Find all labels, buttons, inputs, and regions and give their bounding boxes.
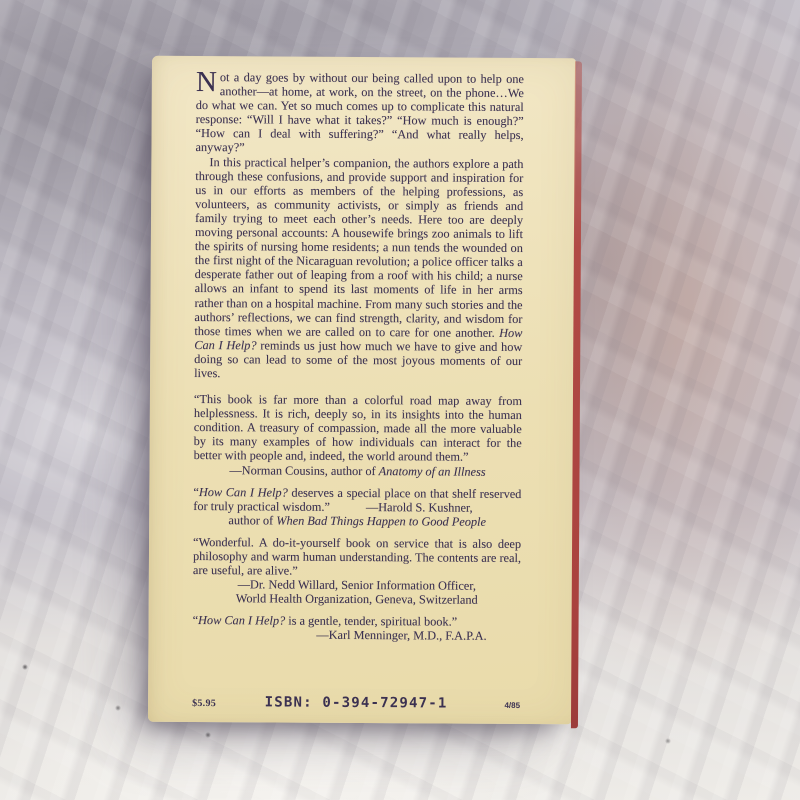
description-paragraph-1-text: ot a day goes by without our being calle… bbox=[195, 70, 524, 155]
review-quote-cousins: “This book is far more than a colorful r… bbox=[193, 392, 522, 479]
description-paragraph-2-text: In this practical helper’s companion, th… bbox=[194, 155, 523, 340]
book-title-italic: How Can I Help? bbox=[198, 613, 285, 628]
review-quote-rest: is a gentle, tender, spiritual book.” bbox=[285, 614, 457, 629]
review-quote-text: “This book is far more than a colorful r… bbox=[194, 392, 522, 464]
book-back-cover: Not a day goes by without our being call… bbox=[148, 56, 576, 725]
description-paragraph-2: In this practical helper’s companion, th… bbox=[194, 155, 523, 382]
isbn-label: ISBN: 0-394-72947-1 bbox=[265, 695, 448, 710]
back-cover-text: Not a day goes by without our being call… bbox=[148, 56, 576, 725]
review-quote-menninger: “How Can I Help? is a gentle, tender, sp… bbox=[192, 613, 520, 643]
review-quote-text: “Wonderful. A do-it-yourself book on ser… bbox=[193, 535, 521, 579]
review-quote-text: “How Can I Help? deserves a special plac… bbox=[193, 485, 521, 515]
review-quote-text: “How Can I Help? is a gentle, tender, sp… bbox=[193, 613, 521, 629]
attribution-name: —Norman Cousins, author of bbox=[229, 463, 378, 478]
attribution-book-title: Anatomy of an Illness bbox=[379, 464, 486, 479]
cover-footer: $5.95 ISBN: 0-394-72947-1 4/85 bbox=[192, 695, 520, 713]
attribution-book-title: When Bad Things Happen to Good People bbox=[276, 513, 486, 528]
review-quote-willard: “Wonderful. A do-it-yourself book on ser… bbox=[193, 535, 521, 607]
book-title-italic: How Can I Help? bbox=[199, 485, 288, 500]
drop-cap-letter: N bbox=[196, 70, 220, 94]
print-date-label: 4/85 bbox=[504, 699, 520, 713]
review-attribution: —Karl Menninger, M.D., F.A.P.A. bbox=[192, 627, 520, 643]
review-attribution: author of When Bad Things Happen to Good… bbox=[193, 513, 521, 529]
description-paragraph-1: Not a day goes by without our being call… bbox=[195, 70, 524, 157]
fabric-background: Not a day goes by without our being call… bbox=[0, 0, 800, 800]
review-quote-kushner: “How Can I Help? deserves a special plac… bbox=[193, 485, 521, 529]
attribution-prefix: author of bbox=[228, 513, 276, 527]
review-attribution-line-2: World Health Organization, Geneva, Switz… bbox=[193, 591, 521, 607]
review-attribution: —Norman Cousins, author of Anatomy of an… bbox=[193, 463, 521, 479]
attribution-name: —Harold S. Kushner, bbox=[366, 500, 473, 515]
price-label: $5.95 bbox=[192, 697, 216, 711]
